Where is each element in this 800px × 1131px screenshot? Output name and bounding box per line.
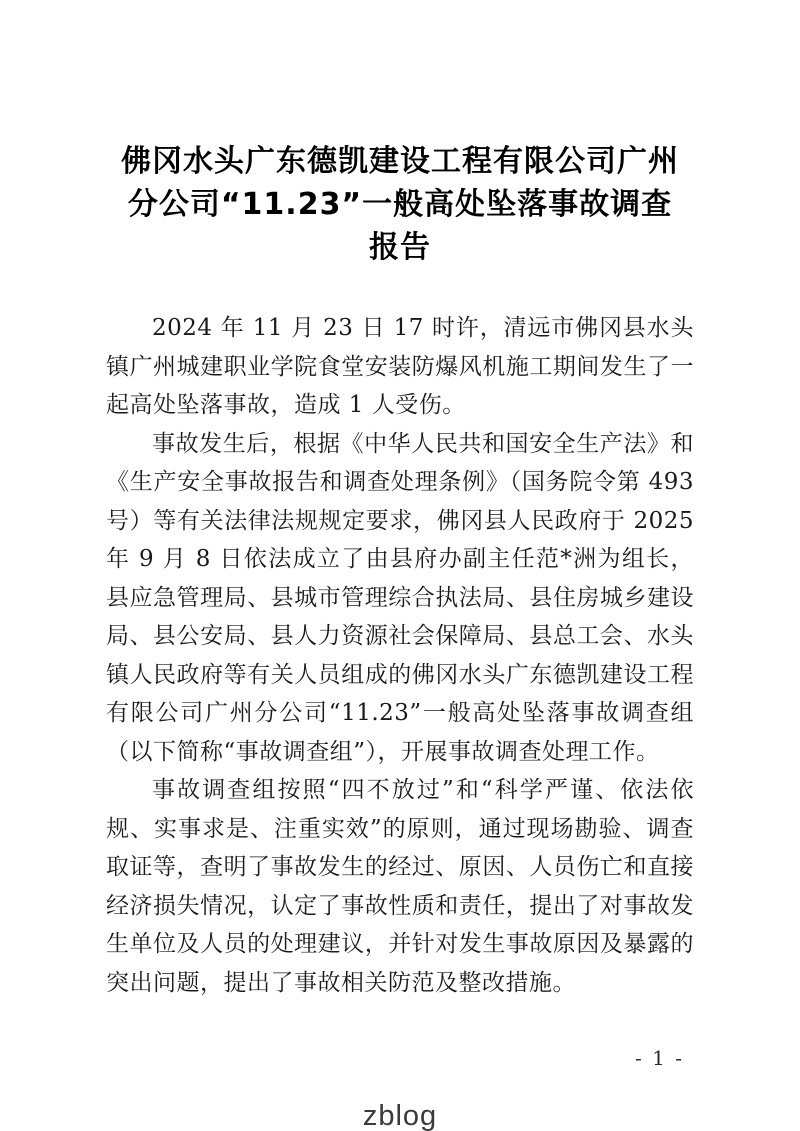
document-page: 佛冈水头广东德凯建设工程有限公司广州 分公司“11.23”一般高处坠落事故调查 … [0, 0, 800, 1131]
watermark-text: zblog [0, 1100, 800, 1131]
page-number: - 1 - [635, 1046, 684, 1070]
body-paragraph: 2024 年 11 月 23 日 17 时许，清远市佛冈县水头镇广州城建职业学院… [106, 309, 694, 425]
document-body: 2024 年 11 月 23 日 17 时许，清远市佛冈县水头镇广州城建职业学院… [106, 309, 694, 1002]
document-title: 佛冈水头广东德凯建设工程有限公司广州 分公司“11.23”一般高处坠落事故调查 … [100, 140, 700, 269]
body-paragraph: 事故调查组按照“四不放过”和“科学严谨、依法依规、实事求是、注重实效”的原则，通… [106, 771, 694, 1002]
body-paragraph: 事故发生后，根据《中华人民共和国安全生产法》和《生产安全事故报告和调查处理条例》… [106, 425, 694, 772]
